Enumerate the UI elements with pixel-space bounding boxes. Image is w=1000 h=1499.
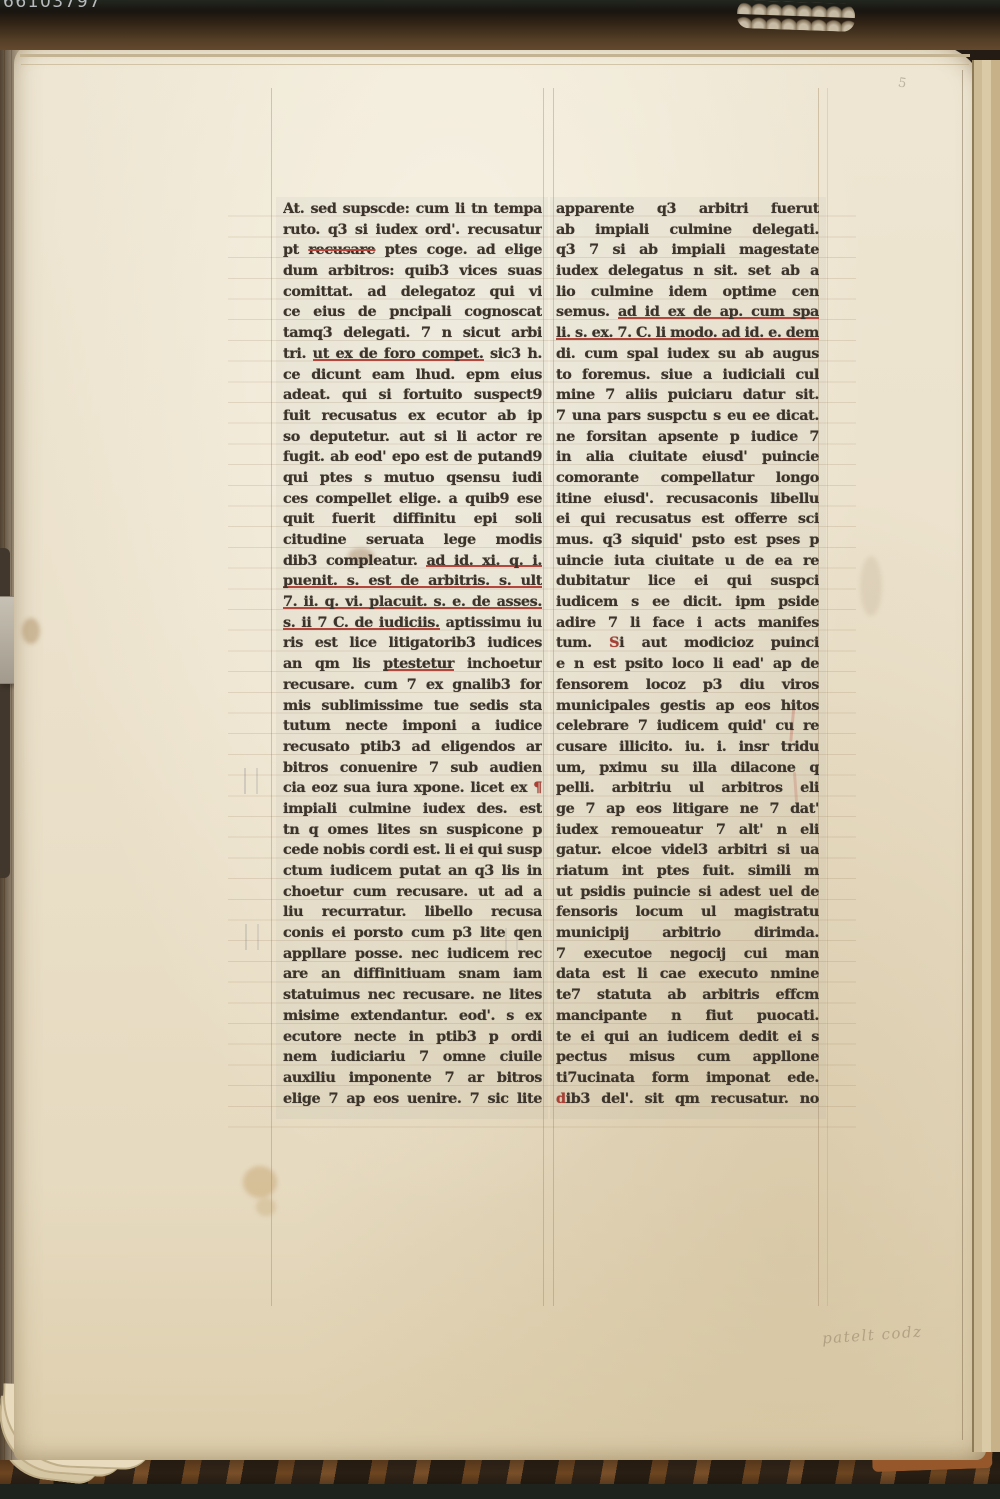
manuscript-line: tutum necte imponi a iudice [283, 716, 542, 737]
manuscript-line: elige 7 ap eos uenire. 7 sic lite [283, 1089, 542, 1110]
text-segment: fugit. ab eod' epo est de putand9 [283, 448, 542, 465]
manuscript-line: conis ei porsto cum p3 lite qen [283, 923, 542, 944]
text-segment: dib3 compleatur. [283, 552, 426, 569]
manuscript-line: ctum iudicem putat an q3 lis in [283, 861, 542, 882]
manuscript-line: ruto. q3 si iudex ord'. recusatur [283, 220, 542, 241]
red-underlined-citation: ad id. xi. q. i. [426, 552, 542, 569]
text-segment: quit fuerit diffinitu epi soli [283, 510, 542, 527]
manuscript-line: dum arbitros: quib3 vices suas [283, 261, 542, 282]
text-segment: 7 executoe negocij cui man [556, 945, 819, 962]
manuscript-line: so deputetur. aut si li actor re [283, 427, 542, 448]
manuscript-line: itine eiusd'. recusaconis libellu [556, 489, 819, 510]
text-segment: tamq3 delegati. 7 n sicut arbi [283, 324, 542, 341]
manuscript-line: an qm lis ptestetur inchoetur [283, 654, 542, 675]
manuscript-line: ti7ucinata form imponat ede. [556, 1068, 819, 1089]
red-underlined-citation: s. ii 7 C. de iudiciis. [283, 614, 440, 631]
manuscript-line: gatur. elcoe videl3 arbitri si ua [556, 840, 819, 861]
manuscript-line: te ei qui an iudicem dedit ei s [556, 1027, 819, 1048]
text-segment: ecutore necte in ptib3 p ordi [283, 1028, 542, 1045]
manuscript-line: um, pximu su illa dilacone q [556, 758, 819, 779]
manuscript-line: 7 executoe negocij cui man [556, 944, 819, 965]
text-segment: mancipante n fiut puocati. [556, 1007, 819, 1024]
manuscript-line: semus. ad id ex de ap. cum spa [556, 302, 819, 323]
manuscript-line: dib3 del'. sit qm recusatur. no [556, 1089, 819, 1110]
text-segment: e n est psito loco li ead' ap de [556, 655, 819, 672]
manuscript-line: recusare. cum 7 ex gnalib3 for [283, 675, 542, 696]
manuscript-line: pelli. arbitriu ul arbitros eli [556, 778, 819, 799]
red-underlined-citation: puenit. s. est de arbitris. s. ult [283, 572, 542, 589]
stain [22, 618, 40, 644]
text-segment: misime extendantur. eod'. s ex [283, 1007, 542, 1024]
red-underlined-citation: ut ex de foro compet. [313, 345, 484, 362]
manuscript-line: ecutore necte in ptib3 p ordi [283, 1027, 542, 1048]
text-segment: municipales gestis ap eos hitos [556, 697, 819, 714]
text-segment: itine eiusd'. recusaconis libellu [556, 490, 819, 507]
manuscript-line: tri. ut ex de foro compet. sic3 h. [283, 344, 542, 365]
vertical-ruling-line [827, 88, 828, 1306]
manuscript-line: adeat. qui si fortuito suspect9 [283, 385, 542, 406]
text-segment: choetur cum recusare. ut ad a [283, 883, 542, 900]
manuscript-line: celebrare 7 iudicem quid' cu re [556, 716, 819, 737]
endband-stitching [737, 0, 856, 32]
manuscript-line: At. sed supscde: cum li tn tempa [283, 199, 542, 220]
text-segment: ei qui recusatus est offerre sci [556, 510, 819, 527]
manuscript-line: iudicem s ee dicit. ipm pside [556, 592, 819, 613]
manuscript-line: fensoris locum ul magistratu [556, 902, 819, 923]
text-segment: sic3 h. [484, 345, 542, 362]
text-segment: mine 7 aliis puiciaru datur sit. [556, 386, 819, 403]
text-segment: recusato ptib3 ad eligendos ar [283, 738, 542, 755]
manuscript-line: te7 statuta ab arbitris effcm [556, 985, 819, 1006]
manuscript-line: riatum int ptes fuit. simili m [556, 861, 819, 882]
text-segment: appllare posse. nec iudicem rec [283, 945, 542, 962]
manuscript-line: comittat. ad delegatoz qui vi [283, 282, 542, 303]
text-segment: to foremus. siue a iudiciali cul [556, 366, 819, 383]
manuscript-line: mancipante n fiut puocati. [556, 1006, 819, 1027]
manuscript-line: cia eoz sua iura xpone. licet ex ¶ [283, 778, 542, 799]
text-segment: 7 una pars suspctu s eu ee dicat. [556, 407, 819, 424]
text-segment: tum. [556, 634, 609, 651]
text-segment: iudex delegatus n sit. set ab a [556, 262, 819, 279]
manuscript-photo: At. sed supscde: cum li tn temparuto. q3… [0, 0, 1000, 1499]
text-segment: gatur. elcoe videl3 arbitri si ua [556, 841, 819, 858]
rubric-text: d [556, 1090, 566, 1107]
red-struck-text: recusare [308, 241, 375, 258]
text-segment: te7 statuta ab arbitris effcm [556, 986, 819, 1003]
text-segment: liu recurratur. libello recusa [283, 903, 542, 920]
manuscript-line: di. cum spal iudex su ab augus [556, 344, 819, 365]
text-segment: recusare. cum 7 ex gnalib3 for [283, 676, 542, 693]
manuscript-line: pt recusare ptes coge. ad elige [283, 240, 542, 261]
text-segment: ptes coge. ad elige [375, 241, 542, 258]
manuscript-line: adire 7 li face i acts manifes [556, 613, 819, 634]
manuscript-line: ces compellet elige. a quib9 ese [283, 489, 542, 510]
manuscript-line: ge 7 ap eos litigare ne 7 dat' [556, 799, 819, 820]
red-underlined-citation: 7. ii. q. vi. placuit. s. e. de asses. [283, 593, 542, 610]
vertical-ruling-line [271, 88, 272, 1306]
text-segment: so deputetur. aut si li actor re [283, 428, 542, 445]
text-segment: dubitatur lice ei qui suspci [556, 572, 819, 589]
text-segment: an qm lis [283, 655, 383, 672]
manuscript-line: citudine seruata lege modis [283, 530, 542, 551]
manuscript-line: impiali culmine iudex des. est [283, 799, 542, 820]
manuscript-line: tn q omes lites sn suspicone p [283, 820, 542, 841]
text-segment: fensoris locum ul magistratu [556, 903, 819, 920]
text-segment: are an diffinitiuam snam iam [283, 965, 542, 982]
binding-bottom-strip [0, 1484, 1000, 1499]
manuscript-line: ab impiali culmine delegati. [556, 220, 819, 241]
manuscript-line: ce dicunt eam lhud. epm eius [283, 365, 542, 386]
page-top-edge [20, 54, 970, 57]
text-segment: pt [283, 241, 308, 258]
manuscript-line: dubitatur lice ei qui suspci [556, 571, 819, 592]
text-segment: ge 7 ap eos litigare ne 7 dat' [556, 800, 819, 817]
manuscript-line: ris est lice litigatorib3 iudices [283, 633, 542, 654]
text-segment: municipij arbitrio dirimda. [556, 924, 819, 941]
text-segment: cia eoz sua iura xpone. licet ex [283, 779, 533, 796]
text-segment: lio culmine idem optime cen [556, 283, 819, 300]
red-underlined-citation: ptestetur [383, 655, 454, 672]
text-segment: comorante compellatur longo [556, 469, 819, 486]
text-segment: dum arbitros: quib3 vices suas [283, 262, 542, 279]
text-segment: ce dicunt eam lhud. epm eius [283, 366, 542, 383]
text-segment: uincie iuta ciuitate u de ea re [556, 552, 819, 569]
manuscript-line: cusare illicito. iu. i. insr tridu [556, 737, 819, 758]
bleedthrough-mark [244, 768, 258, 794]
manuscript-line: iudex delegatus n sit. set ab a [556, 261, 819, 282]
red-underlined-citation: li. s. ex. 7. C. li modo. ad id. e. dem [556, 324, 819, 341]
fore-edge-right [972, 60, 1000, 1452]
text-segment: comittat. ad delegatoz qui vi [283, 283, 542, 300]
text-segment: celebrare 7 iudicem quid' cu re [556, 717, 819, 734]
text-segment: data est li cae executo nmine [556, 965, 819, 982]
text-segment: inchoetur [454, 655, 542, 672]
manuscript-line: are an diffinitiuam snam iam [283, 964, 542, 985]
text-segment: citudine seruata lege modis [283, 531, 542, 548]
text-segment: adire 7 li face i acts manifes [556, 614, 819, 631]
text-segment: adeat. qui si fortuito suspect9 [283, 386, 542, 403]
manuscript-line: statuimus nec recusare. ne lites [283, 985, 542, 1006]
manuscript-line: municipij arbitrio dirimda. [556, 923, 819, 944]
text-segment: bitros conuenire 7 sub audien [283, 759, 542, 776]
manuscript-line: apparente q3 arbitri fuerut [556, 199, 819, 220]
text-segment: pelli. arbitriu ul arbitros eli [556, 779, 819, 796]
manuscript-line: ut psidis puincie si adest uel de [556, 882, 819, 903]
manuscript-line: li. s. ex. 7. C. li modo. ad id. e. dem [556, 323, 819, 344]
text-segment: riatum int ptes fuit. simili m [556, 862, 819, 879]
text-segment: ctum iudicem putat an q3 lis in [283, 862, 542, 879]
manuscript-line: tum. Si aut modicioz puinci [556, 633, 819, 654]
manuscript-line: recusato ptib3 ad eligendos ar [283, 737, 542, 758]
text-segment: iudicem s ee dicit. ipm pside [556, 593, 819, 610]
manuscript-line: comorante compellatur longo [556, 468, 819, 489]
text-segment: mus. q3 siquid' psto est pses p [556, 531, 819, 548]
manuscript-line: tamq3 delegati. 7 n sicut arbi [283, 323, 542, 344]
text-segment: apparente q3 arbitri fuerut [556, 200, 819, 217]
text-segment: ces compellet elige. a quib9 ese [283, 490, 542, 507]
manuscript-line: dib3 compleatur. ad id. xi. q. i. [283, 551, 542, 572]
manuscript-line: mis sublimissime tue sedis sta [283, 696, 542, 717]
text-segment: auxiliu imponente 7 ar bitros [283, 1069, 542, 1086]
manuscript-line: fensorem locoz p3 diu viros [556, 675, 819, 696]
scan-number: 66103797 [3, 0, 102, 12]
text-segment: in alia ciuitate eiusd' puincie [556, 448, 819, 465]
bleedthrough-mark [245, 924, 259, 950]
text-segment: impiali culmine iudex des. est [283, 800, 542, 817]
text-segment: nem iudiciariu 7 omne ciuile [283, 1048, 542, 1065]
rubric-text: S [609, 634, 619, 651]
manuscript-line: uincie iuta ciuitate u de ea re [556, 551, 819, 572]
text-column-left: At. sed supscde: cum li tn temparuto. q3… [283, 199, 542, 1109]
text-segment: q3 7 si ab impiali magestate [556, 241, 819, 258]
manuscript-line: pectus misus cum appllone [556, 1047, 819, 1068]
manuscript-line: ce eius de pncipali cognoscat [283, 302, 542, 323]
text-segment: ris est lice litigatorib3 iudices [283, 634, 542, 651]
text-segment: di. cum spal iudex su ab augus [556, 345, 819, 362]
text-segment: pectus misus cum appllone [556, 1048, 819, 1065]
text-segment: conis ei porsto cum p3 lite qen [283, 924, 542, 941]
manuscript-line: bitros conuenire 7 sub audien [283, 758, 542, 779]
page-crease [962, 70, 963, 1440]
manuscript-line: q3 7 si ab impiali magestate [556, 240, 819, 261]
manuscript-line: cede nobis cordi est. li ei qui susp [283, 840, 542, 861]
rubric-text: ¶ [533, 779, 542, 796]
stain [860, 556, 882, 616]
manuscript-line: fugit. ab eod' epo est de putand9 [283, 447, 542, 468]
text-segment: te ei qui an iudicem dedit ei s [556, 1028, 819, 1045]
manuscript-line: 7 una pars suspctu s eu ee dicat. [556, 406, 819, 427]
manuscript-line: auxiliu imponente 7 ar bitros [283, 1068, 542, 1089]
text-segment: iudex remoueatur 7 alt' n eli [556, 821, 819, 838]
text-segment: aptissimu iu [440, 614, 542, 631]
text-column-right: apparente q3 arbitri fuerutab impiali cu… [556, 199, 819, 1109]
manuscript-line: appllare posse. nec iudicem rec [283, 944, 542, 965]
manuscript-line: misime extendantur. eod'. s ex [283, 1006, 542, 1027]
manuscript-line: 7. ii. q. vi. placuit. s. e. de asses. [283, 592, 542, 613]
manuscript-line: liu recurratur. libello recusa [283, 902, 542, 923]
text-segment: elige 7 ap eos uenire. 7 sic lite [283, 1090, 542, 1107]
manuscript-line: iudex remoueatur 7 alt' n eli [556, 820, 819, 841]
text-segment: ce eius de pncipali cognoscat [283, 303, 542, 320]
manuscript-line: municipales gestis ap eos hitos [556, 696, 819, 717]
manuscript-line: lio culmine idem optime cen [556, 282, 819, 303]
text-segment: tutum necte imponi a iudice [283, 717, 542, 734]
text-segment: ut psidis puincie si adest uel de [556, 883, 819, 900]
manuscript-line: mus. q3 siquid' psto est pses p [556, 530, 819, 551]
text-segment: ti7ucinata form imponat ede. [556, 1069, 819, 1086]
text-segment: um, pximu su illa dilacone q [556, 759, 819, 776]
manuscript-line: qui ptes s mutuo qsensu iudi [283, 468, 542, 489]
text-segment: semus. [556, 303, 618, 320]
text-segment: ruto. q3 si iudex ord'. recusatur [283, 221, 542, 238]
text-segment: ab impiali culmine delegati. [556, 221, 819, 238]
text-segment: cusare illicito. iu. i. insr tridu [556, 738, 819, 755]
manuscript-line: fuit recusatus ex ecutor ab ip [283, 406, 542, 427]
manuscript-line: in alia ciuitate eiusd' puincie [556, 447, 819, 468]
text-segment: tn q omes lites sn suspicone p [283, 821, 542, 838]
text-segment: i aut modicioz puinci [619, 634, 819, 651]
manuscript-line: puenit. s. est de arbitris. s. ult [283, 571, 542, 592]
text-segment: ne forsitan apsente p iudice 7 [556, 428, 819, 445]
text-segment: fuit recusatus ex ecutor ab ip [283, 407, 542, 424]
manuscript-line: ei qui recusatus est offerre sci [556, 509, 819, 530]
text-segment: mis sublimissime tue sedis sta [283, 697, 542, 714]
manuscript-line: mine 7 aliis puiciaru datur sit. [556, 385, 819, 406]
text-segment: At. sed supscde: cum li tn tempa [283, 200, 542, 217]
manuscript-line: nem iudiciariu 7 omne ciuile [283, 1047, 542, 1068]
manuscript-line: data est li cae executo nmine [556, 964, 819, 985]
text-segment: cede nobis cordi est. li ei qui susp [283, 841, 542, 858]
manuscript-line: quit fuerit diffinitu epi soli [283, 509, 542, 530]
text-segment: ib3 del'. sit qm recusatur. no [566, 1090, 819, 1107]
text-segment: fensorem locoz p3 diu viros [556, 676, 819, 693]
manuscript-line: choetur cum recusare. ut ad a [283, 882, 542, 903]
manuscript-line: e n est psito loco li ead' ap de [556, 654, 819, 675]
red-underlined-citation: ad id ex de ap. cum spa [618, 303, 819, 320]
manuscript-line: to foremus. siue a iudiciali cul [556, 365, 819, 386]
manuscript-line: ne forsitan apsente p iudice 7 [556, 427, 819, 448]
stain [256, 1198, 276, 1216]
text-segment: qui ptes s mutuo qsensu iudi [283, 469, 542, 486]
text-segment: statuimus nec recusare. ne lites [283, 986, 542, 1003]
manuscript-line: s. ii 7 C. de iudiciis. aptissimu iu [283, 613, 542, 634]
text-segment: tri. [283, 345, 313, 362]
